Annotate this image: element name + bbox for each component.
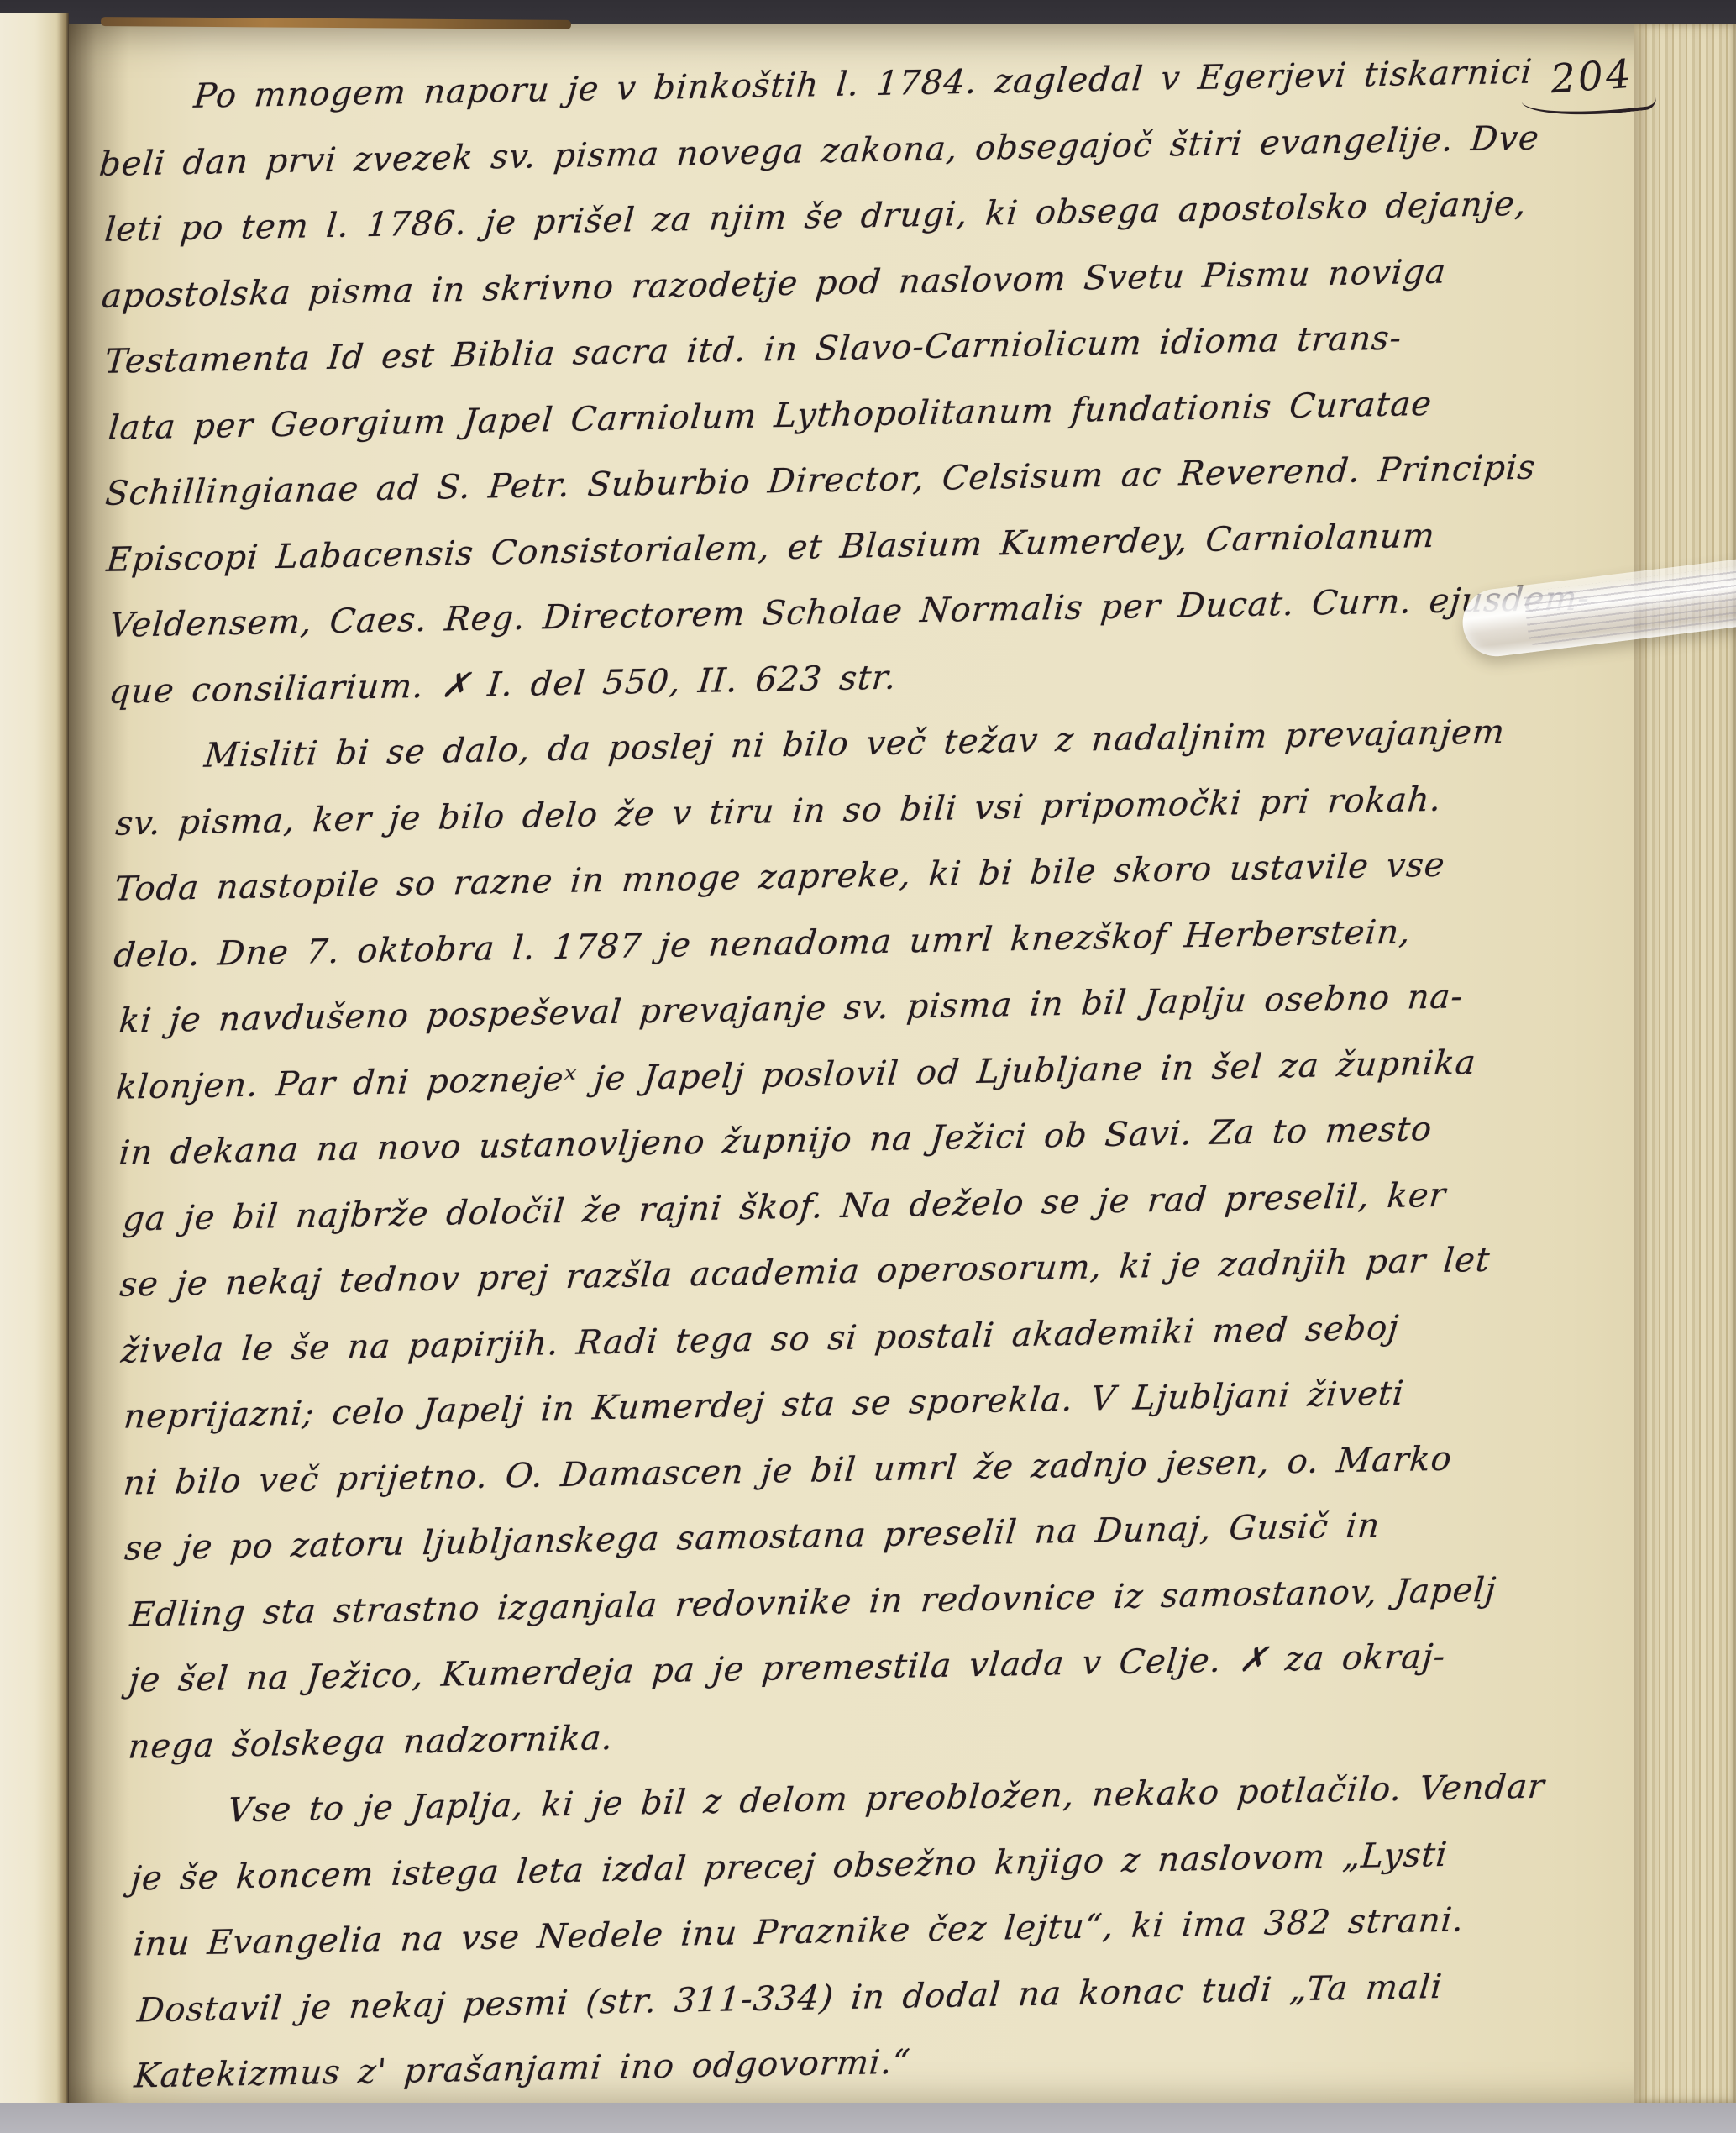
manuscript-photo: 204 Po mnogem naporu je v binkoštih l. 1… xyxy=(0,0,1736,2133)
previous-page-edge xyxy=(0,13,69,2103)
stacked-page-edges xyxy=(1634,24,1736,2103)
handwritten-text-block: Po mnogem naporu je v binkoštih l. 1784.… xyxy=(94,38,1649,2109)
